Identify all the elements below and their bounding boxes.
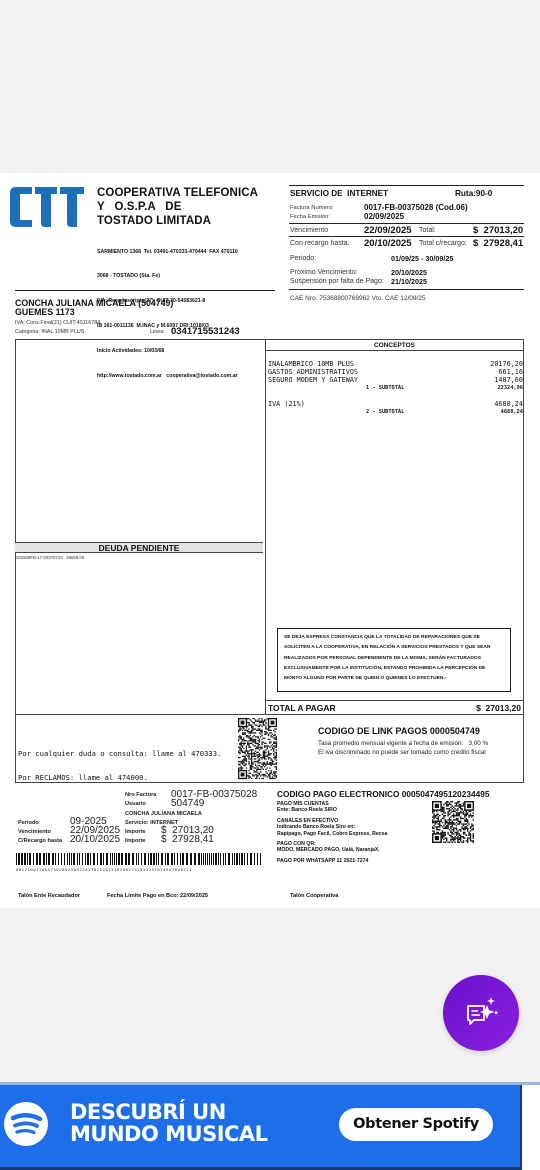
invoice-page: COOPERATIVA TELEFONICA Y O.S.P.A DE TOST… bbox=[0, 173, 540, 908]
iva-row: IVA (21%)4688,24 bbox=[268, 400, 523, 408]
customer-iva: IVA: Cons.Final(21) CUIT:40116784 bbox=[15, 320, 100, 326]
periodo-range: 01/09/25 - 30/09/25 bbox=[391, 254, 453, 263]
pago-line: Rapipago, Pago Facil, Cobro Express, Rec… bbox=[277, 831, 387, 837]
link-pagos-code: CODIGO DE LINK PAGOS 0000504749 bbox=[318, 726, 480, 736]
concept-row: SEGURO MODEM Y GATEWAY1487,60 bbox=[268, 376, 523, 384]
vencimiento-date: 22/09/2025 bbox=[364, 225, 412, 236]
total-recargo-label: Total c/recargo: bbox=[419, 240, 467, 247]
emision-label: Fecha Emisión: bbox=[290, 214, 330, 220]
factura-number: 0017-FB-00375028 (Cod.06) bbox=[364, 203, 468, 212]
customer-category: Categoria: INAL 10MB PLUS bbox=[15, 329, 84, 335]
pago-line: PAGO POR WHATSAPP 11 2621-7274 bbox=[277, 858, 387, 864]
subtotal-row: 1 - SUBTOTAL22324,96 bbox=[268, 384, 523, 392]
total-recargo-amount: $ 27928,41 bbox=[473, 238, 523, 249]
spotify-ad-banner[interactable]: DESCUBRÍ UN MUNDO MUSICAL Obtener Spotif… bbox=[0, 1085, 522, 1170]
stub-factura-label: Nro Factura bbox=[125, 792, 156, 798]
total-label: Total: bbox=[419, 227, 436, 234]
concept-row: INALAMBRICO 10MB PLUS20176,20 bbox=[268, 360, 523, 368]
stub-recargo-value: 20/10/2025 bbox=[70, 834, 120, 845]
recargo-date: 20/10/2025 bbox=[364, 238, 412, 249]
qr-code-icon bbox=[432, 801, 475, 844]
concepts-header: CONCEPTOS bbox=[266, 340, 523, 351]
ctt-logo-icon bbox=[10, 187, 84, 227]
customer-address: GUEMES 1173 bbox=[15, 307, 75, 317]
spotify-logo-icon bbox=[4, 1102, 48, 1146]
vencimiento-label: Vencimiento bbox=[290, 227, 328, 234]
concept-row: GASTOS ADMINISTRATIVOS661,16 bbox=[268, 368, 523, 376]
cae: CAE Nro. 75368800769962 Vto. CAE 12/09/2… bbox=[290, 295, 426, 302]
suspension-date: 21/10/2025 bbox=[391, 277, 427, 286]
pago-line: MODO, MERCADO PAGO, Ualá, NaranjaX. bbox=[277, 847, 387, 853]
divider bbox=[289, 236, 524, 237]
emision-date: 02/09/2025 bbox=[364, 212, 404, 221]
suspension-label: Suspension por falta de Pago: bbox=[290, 278, 384, 285]
pago-electronico-info: PAGO MIS CUENTASEnte: Banco Roela SIROCA… bbox=[277, 801, 387, 864]
barcode-icon bbox=[16, 853, 261, 865]
stub-usuario-label: Usuario bbox=[125, 801, 146, 807]
talon-ente: Talón Ente Recaudador bbox=[18, 893, 80, 899]
divider bbox=[289, 185, 524, 186]
divider bbox=[15, 290, 275, 291]
pago-electronico-code: CODIGO PAGO ELECTRONICO 0005047495120234… bbox=[277, 789, 489, 799]
document-viewer: COOPERATIVA TELEFONICA Y O.S.P.A DE TOST… bbox=[0, 0, 540, 1170]
column-divider bbox=[15, 339, 266, 715]
ad-headline: DESCUBRÍ UN MUNDO MUSICAL bbox=[70, 1101, 268, 1145]
divider bbox=[289, 289, 524, 290]
stub-nombre: CONCHA JULIANA MICAELA bbox=[125, 811, 202, 817]
divider bbox=[289, 223, 524, 224]
deuda-row: 202508FB-17-00370733 26558,00 bbox=[16, 555, 84, 560]
linea-number: 03417155312​43 bbox=[171, 326, 240, 337]
factura-label: Factura Numero: bbox=[290, 205, 334, 211]
company-name: COOPERATIVA TELEFONICA Y O.S.P.A DE TOST… bbox=[97, 186, 258, 228]
stub-importe-recargo-value: $ 27928,41 bbox=[161, 834, 214, 845]
stub-periodo-label: Periodo bbox=[18, 820, 39, 826]
ai-chat-sparkle-icon bbox=[459, 991, 503, 1035]
stub-importe-label: Importe bbox=[125, 838, 146, 844]
total-amount: $ 27013,20 bbox=[473, 225, 523, 236]
concepts-list: INALAMBRICO 10MB PLUS20176,20 GASTOS ADM… bbox=[268, 360, 523, 416]
fecha-limite: Fecha Limite Pago en Bco: 22/09/2025 bbox=[107, 893, 208, 899]
stub-usuario-value: 504749 bbox=[171, 798, 204, 809]
stub-importe-label: Importe bbox=[125, 829, 146, 835]
qr-code-icon bbox=[238, 718, 278, 780]
link-pagos-info: Tasa promedio mensual vigente a fecha de… bbox=[318, 739, 488, 757]
ai-assistant-button[interactable] bbox=[443, 975, 519, 1051]
recargo-label: Con recargo hasta: bbox=[290, 240, 350, 247]
stub-recargo-label: C/Recargo hasta bbox=[18, 838, 62, 844]
barcode-number: 0012100170057502802509220278152025102002… bbox=[16, 867, 261, 872]
linea-label: Linea: bbox=[150, 329, 165, 335]
proximo-date: 20/10/2025 bbox=[391, 268, 427, 277]
stub-vencimiento-label: Vencimiento bbox=[18, 829, 51, 835]
total-a-pagar: TOTAL A PAGAR $ 27013,20 bbox=[266, 700, 523, 714]
service-title: SERVICIO DE INTERNET bbox=[290, 189, 388, 198]
repairs-notice: SE DEJA EXPRESA CONSTANCIA QUE LA TOTALI… bbox=[277, 628, 511, 692]
periodo-label: Periodo: bbox=[290, 255, 316, 262]
ruta: Ruta:90-0 bbox=[455, 189, 492, 198]
subtotal-row: 2 - SUBTOTAL4688,24 bbox=[268, 408, 523, 416]
proximo-label: Proximo Vencimiento: bbox=[290, 269, 358, 276]
deuda-header: DEUDA PENDIENTE bbox=[15, 542, 263, 553]
get-spotify-button[interactable]: Obtener Spotify bbox=[339, 1108, 493, 1141]
talon-cooperativa: Talón Cooperativa bbox=[290, 893, 338, 899]
